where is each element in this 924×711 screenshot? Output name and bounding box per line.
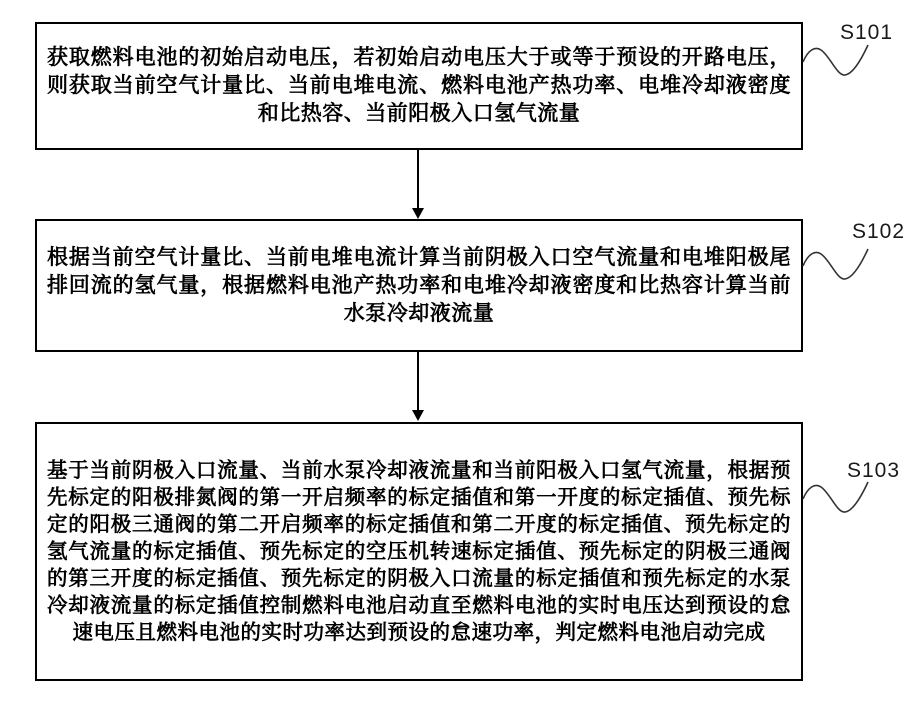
flow-step-box-s103: 基于当前阴极入口流量、当前水泵冷却液流量和当前阳极入口氢气流量，根据预先标定的阳… <box>35 422 803 681</box>
flow-step-text-s102: 根据当前空气计量比、当前电堆电流计算当前阴极入口空气流量和电堆阳极尾排回流的氢气… <box>47 244 791 328</box>
step-label-s101: S101 <box>840 21 893 45</box>
arrow-head-down-icon <box>412 208 424 219</box>
flow-step-box-s102: 根据当前空气计量比、当前电堆电流计算当前阴极入口空气流量和电堆阳极尾排回流的氢气… <box>35 219 803 352</box>
arrow-head-down-icon <box>412 410 424 421</box>
squiggle-connector-icon <box>801 246 871 284</box>
flow-arrow-down-2 <box>412 352 425 421</box>
squiggle-connector-icon <box>801 42 871 80</box>
flow-arrow-down-1 <box>412 150 425 219</box>
step-label-s103: S103 <box>847 459 900 483</box>
step-label-s102: S102 <box>852 220 905 244</box>
flow-step-box-s101: 获取燃料电池的初始启动电压，若初始启动电压大于或等于预设的开路电压，则获取当前空… <box>35 22 803 150</box>
arrow-line <box>417 352 419 412</box>
squiggle-connector-icon <box>801 479 871 517</box>
arrow-line <box>417 150 419 210</box>
flow-step-text-s103: 基于当前阴极入口流量、当前水泵冷却液流量和当前阳极入口氢气流量，根据预先标定的阳… <box>47 457 791 646</box>
flow-step-text-s101: 获取燃料电池的初始启动电压，若初始启动电压大于或等于预设的开路电压，则获取当前空… <box>47 44 791 128</box>
flowchart-figure: 获取燃料电池的初始启动电压，若初始启动电压大于或等于预设的开路电压，则获取当前空… <box>0 0 924 711</box>
